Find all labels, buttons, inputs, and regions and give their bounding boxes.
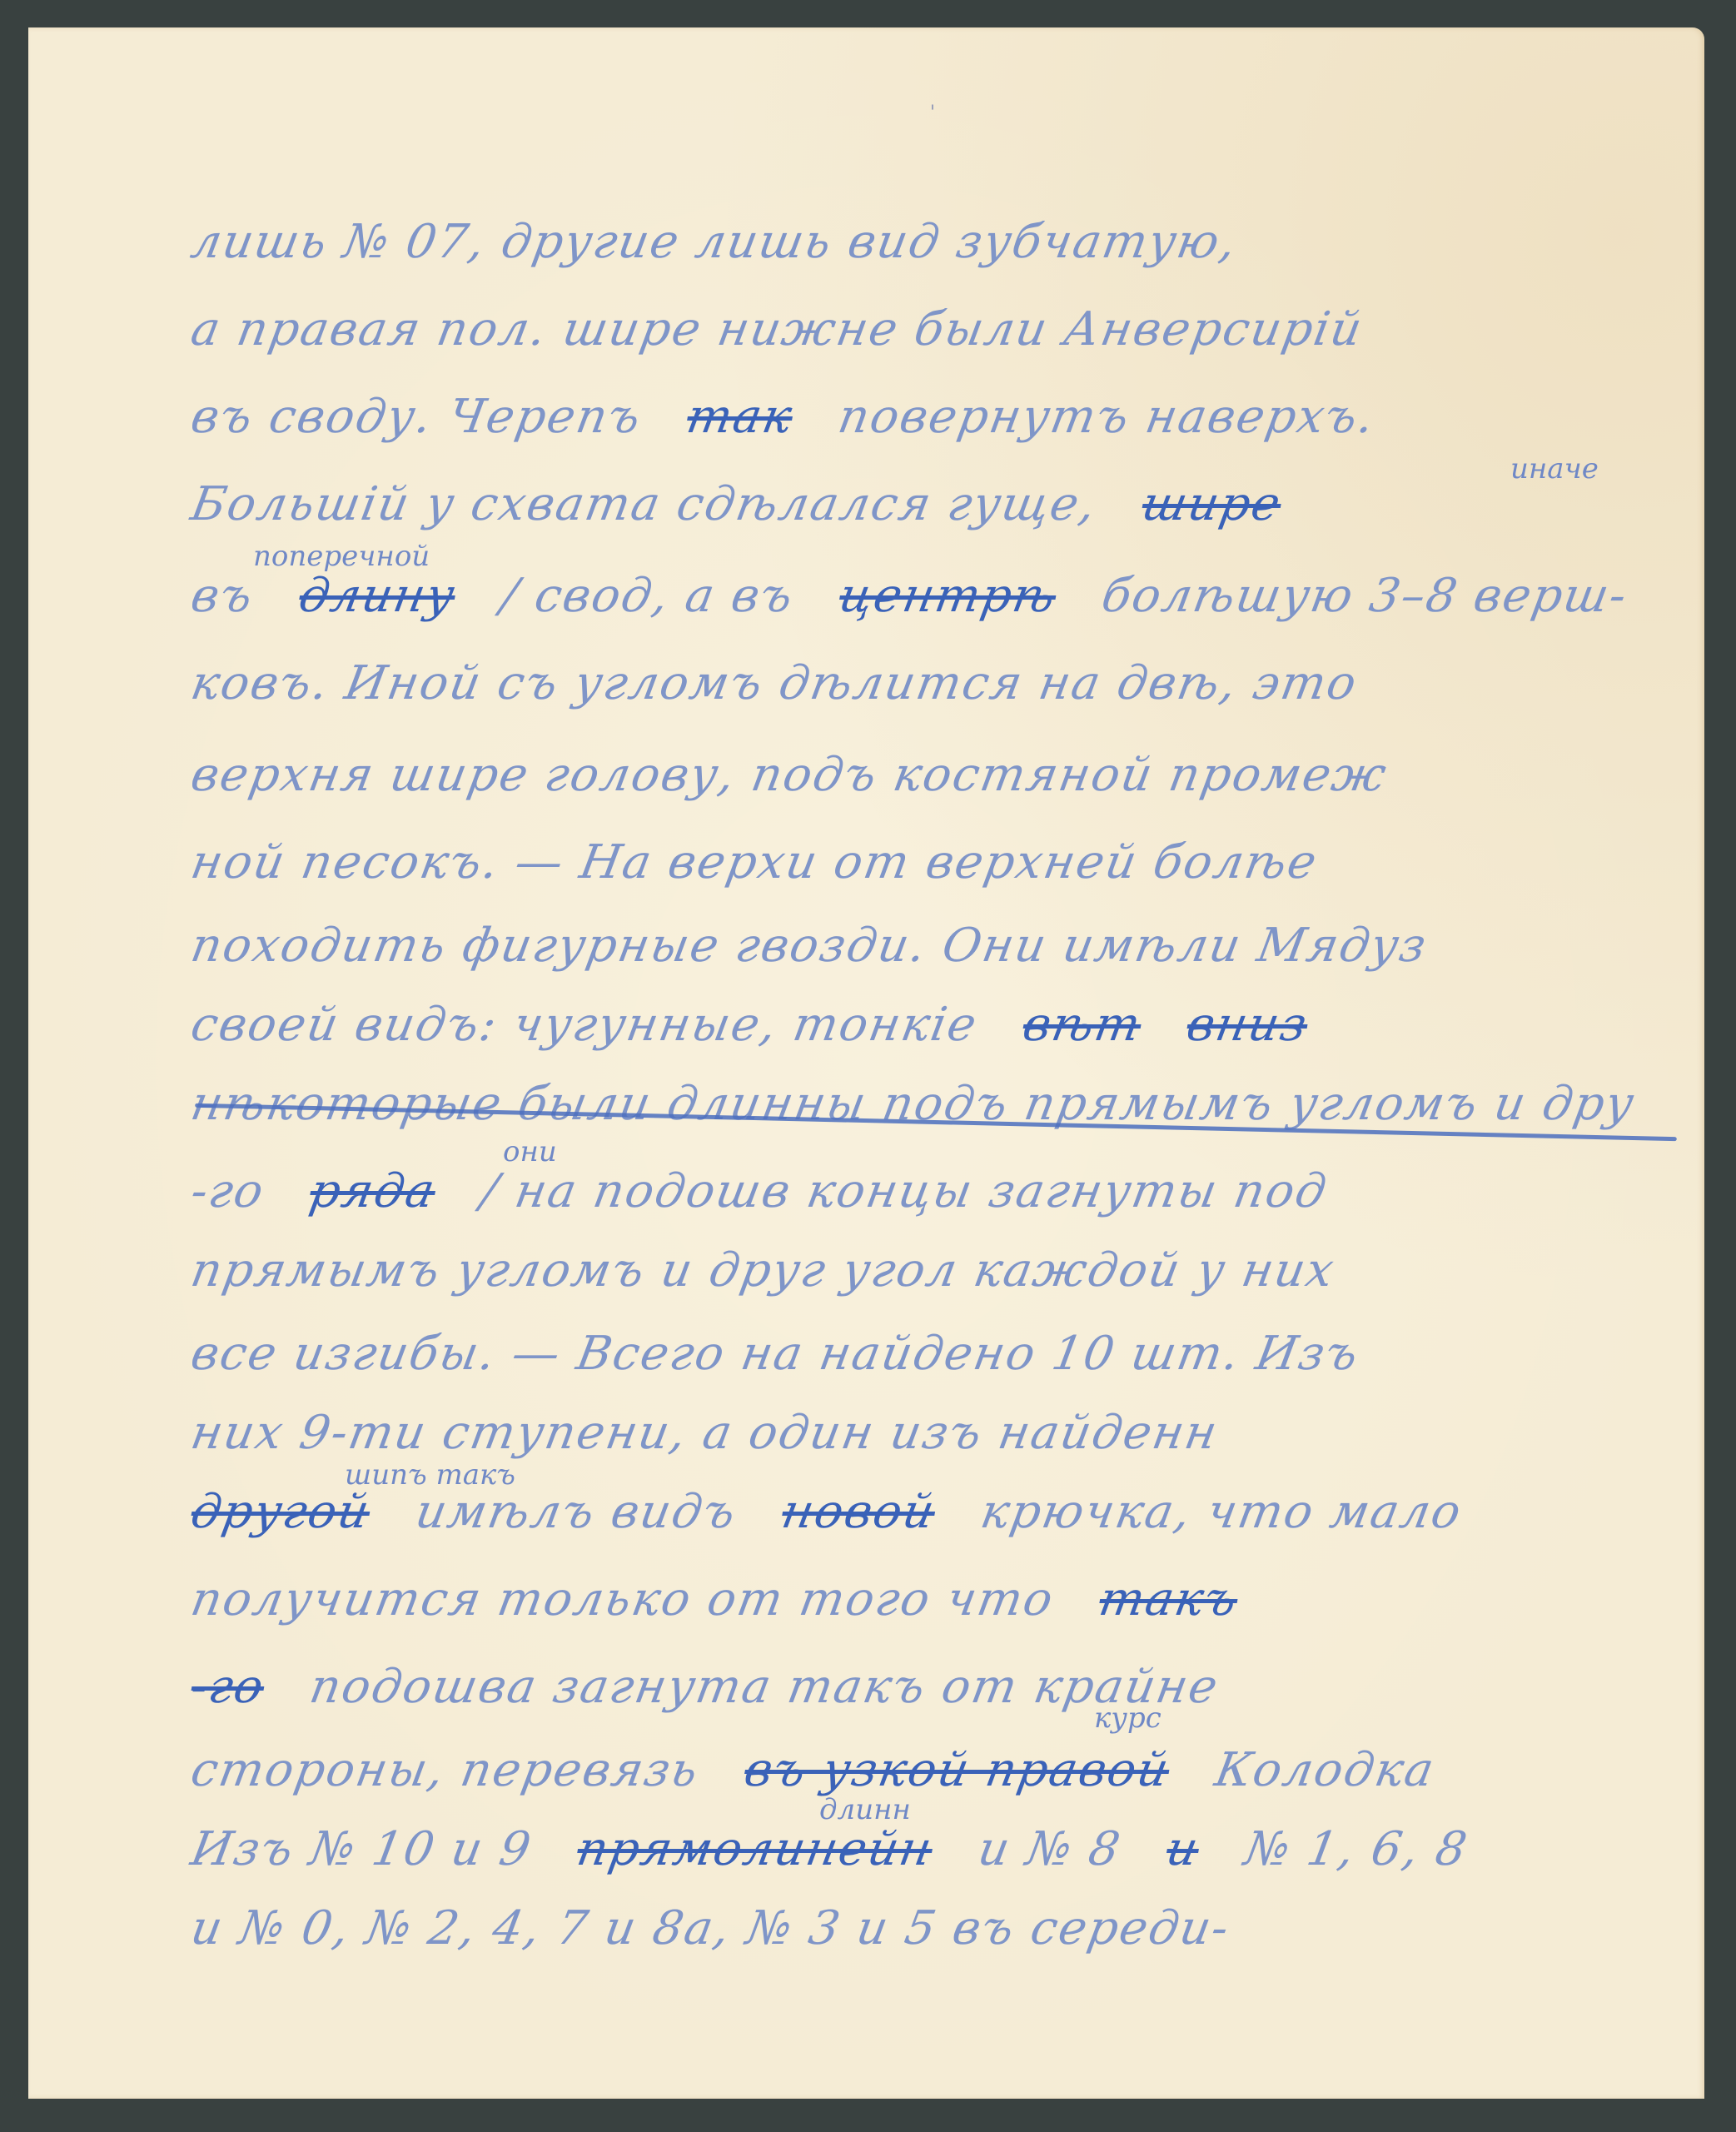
struck-word: вниз [1183, 998, 1313, 1052]
struck-word: шире [1138, 477, 1286, 531]
line-text: ковъ. Иной съ угломъ дѣлится на двѣ, это [187, 656, 1362, 710]
line-text: лишь № 07, другие лишь вид зубчатую, [187, 215, 1241, 269]
manuscript-line: другой имѣлъ видъ новой крючка, что мало [185, 1485, 1466, 1552]
struck-word: вѣт [1019, 998, 1147, 1052]
line-text: походить фигурные гвозди. Они имѣли Мяду… [187, 919, 1432, 973]
line-text: Колодка [1211, 1743, 1439, 1797]
manuscript-line: стороны, перевязь въ узкой правой Колодк… [185, 1743, 1440, 1810]
line-text: стороны, перевязь [187, 1743, 704, 1797]
manuscript-line: все изгибы. — Всего на найдено 10 шт. Из… [185, 1327, 1364, 1393]
line-text: все изгибы. — Всего на найдено 10 шт. Из… [187, 1327, 1364, 1381]
manuscript-line: своей видъ: чугунные, тонкіе вѣт вниз [185, 998, 1312, 1064]
interlinear-insert: длинн [819, 1793, 911, 1826]
line-text: Изъ № 10 и 9 [187, 1822, 536, 1876]
line-text: крючка, что мало [977, 1485, 1466, 1539]
manuscript-line: и № 0, № 2, 4, 7 и 8а, № 3 и 5 въ середи… [185, 1901, 1234, 1968]
struck-word: длину [295, 569, 460, 623]
line-text: въ [187, 569, 258, 623]
manuscript-page: ' лишь № 07, другие лишь вид зубчатую, а… [28, 27, 1704, 2099]
manuscript-line: Изъ № 10 и 9 прямолинейн и № 8 и № 1, 6,… [185, 1822, 1472, 1889]
manuscript-line: -го подошва загнута такъ от крайне [185, 1660, 1223, 1726]
line-text: Большій у схвата сдѣлался гуще, [187, 477, 1102, 531]
struck-word: центрѣ [835, 569, 1061, 623]
manuscript-line: ковъ. Иной съ угломъ дѣлится на двѣ, это [185, 656, 1362, 723]
struck-word: прямолинейн [573, 1822, 937, 1876]
manuscript-line: а правая пол. шире нижне были Анверсирій [185, 302, 1367, 369]
line-text: получится только от того что [187, 1572, 1058, 1626]
struck-word: ряда [306, 1164, 440, 1218]
manuscript-line: въ длину / свод, а въ центрѣ болѣшую 3–8… [185, 569, 1632, 635]
manuscript-line: лишь № 07, другие лишь вид зубчатую, [185, 215, 1241, 281]
line-text: болѣшую 3–8 верш- [1097, 569, 1632, 623]
line-text: -го [187, 1164, 269, 1218]
manuscript-line: въ своду. Черепъ так повернутъ наверхъ. [185, 390, 1380, 456]
line-text: въ своду. Черепъ [187, 390, 646, 444]
manuscript-line: -го ряда / на подошв концы загнуты под [185, 1164, 1332, 1231]
struck-word: -го [187, 1660, 269, 1714]
struck-word: так [683, 390, 797, 444]
manuscript-line: них 9-ти ступени, а один изъ найденн [185, 1406, 1222, 1472]
struck-word: такъ [1095, 1572, 1242, 1626]
line-text: и № 0, № 2, 4, 7 и 8а, № 3 и 5 въ середи… [187, 1901, 1235, 1955]
interlinear-insert: курс [1094, 1701, 1161, 1735]
line-text: своей видъ: чугунные, тонкіе [187, 998, 982, 1052]
line-text: № 1, 6, 8 [1241, 1822, 1472, 1876]
line-text: а правая пол. шире нижне были Анверсирій [187, 302, 1368, 356]
manuscript-line: ной песокъ. — На верхи от верхней болѣе [185, 835, 1322, 902]
line-text: и № 8 [974, 1822, 1126, 1876]
struck-word: и [1162, 1822, 1204, 1876]
struck-word: въ узкой правой [740, 1743, 1174, 1797]
page-mark: ' [930, 102, 935, 123]
manuscript-line: получится только от того что такъ [185, 1572, 1242, 1639]
line-text: подошва загнута такъ от крайне [306, 1660, 1223, 1714]
manuscript-line: походить фигурные гвозди. Они имѣли Мяду… [185, 919, 1431, 985]
line-text: / на подошв концы загнуты под [477, 1164, 1332, 1218]
interlinear-insert: они [503, 1135, 557, 1168]
interlinear-insert: иначе [1510, 452, 1599, 486]
manuscript-line: Большій у схвата сдѣлался гуще, шире [185, 477, 1286, 544]
struck-word: новой [778, 1485, 939, 1539]
line-text: повернутъ наверхъ. [834, 390, 1380, 444]
manuscript-line: прямымъ угломъ и друг угол каждой у них [185, 1243, 1340, 1310]
line-text: прямымъ угломъ и друг угол каждой у них [187, 1243, 1340, 1298]
line-text: верхня шире голову, подъ костяной промеж [187, 748, 1392, 802]
line-text: ной песокъ. — На верхи от верхней болѣе [187, 835, 1322, 889]
line-text: имѣлъ видъ [411, 1485, 741, 1539]
line-text: них 9-ти ступени, а один изъ найденн [187, 1406, 1223, 1460]
manuscript-line: верхня шире голову, подъ костяной промеж [185, 748, 1391, 814]
line-text: / свод, а въ [497, 569, 798, 623]
interlinear-insert: поперечной [253, 540, 430, 573]
struck-word: другой [187, 1485, 375, 1539]
